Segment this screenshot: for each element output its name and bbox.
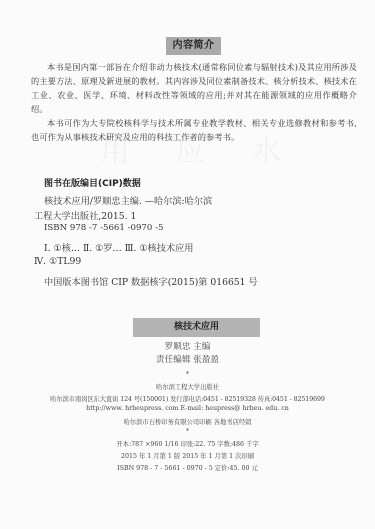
summary-paragraph-2: 本书可作为大专院校核科学与技术所属专业教学教材、相关专业选修教材和参考书,也可作… [31, 116, 357, 144]
edition-line: 2015 年 1 月第 1 版 2015 年 1 月第 1 次印刷 [0, 451, 375, 460]
cip-record-number: 中国版本图书馆 CIP 数据核字(2015)第 016651 号 [44, 274, 258, 288]
printer-line: 哈尔滨市石桥印务有限公司印刷 各地书店经销 [0, 417, 375, 426]
publisher-address: 哈尔滨市南岗区东大直街 124 号(150001) 发行部电话:0451 - 8… [0, 394, 375, 403]
separator-star: * [0, 371, 375, 378]
cip-line-2: 工程大学出版社,2015. 1 [34, 208, 136, 222]
summary-paragraph-1: 本书是国内第一部旨在介绍非动力核技术(通常称同位素与辐射技术)及其应用所涉及的主… [31, 60, 357, 116]
cip-line-1: 核技术应用/罗顺忠主编. —哈尔滨:哈尔滨 [44, 193, 212, 207]
cip-heading: 图书在版编目(CIP)数据 [44, 176, 141, 189]
summary-heading: 内容简介 [166, 37, 221, 55]
publisher-name: 哈尔滨工程大学出版社 [0, 382, 375, 391]
separator-star-2: * [0, 428, 375, 435]
summary-body: 本书是国内第一部旨在介绍非动力核技术(通常称同位素与辐射技术)及其应用所涉及的主… [31, 60, 357, 144]
cip-classification: Ⅰ. ①核… Ⅱ. ①罗… Ⅲ. ①核技术应用 [44, 240, 194, 254]
cip-classification-2: Ⅳ. ①TL99 [34, 256, 81, 267]
cip-isbn: ISBN 978 -7 -5661 -0970 -5 [44, 223, 163, 233]
editor-line: 罗顺忠 主编 [0, 340, 375, 352]
responsible-editor-line: 责任编辑 张盈盈 [0, 353, 375, 365]
isbn-price-line: ISBN 978 - 7 - 5661 - 0970 - 5 定价:45. 00… [0, 463, 375, 472]
publisher-web: http://www. hrbeupress. com E-mail: heup… [0, 405, 375, 412]
book-title-banner: 核技术应用 [133, 318, 260, 337]
format-line: 开本:787 ×960 1/16 印张:22. 75 字数:486 千字 [0, 439, 375, 448]
